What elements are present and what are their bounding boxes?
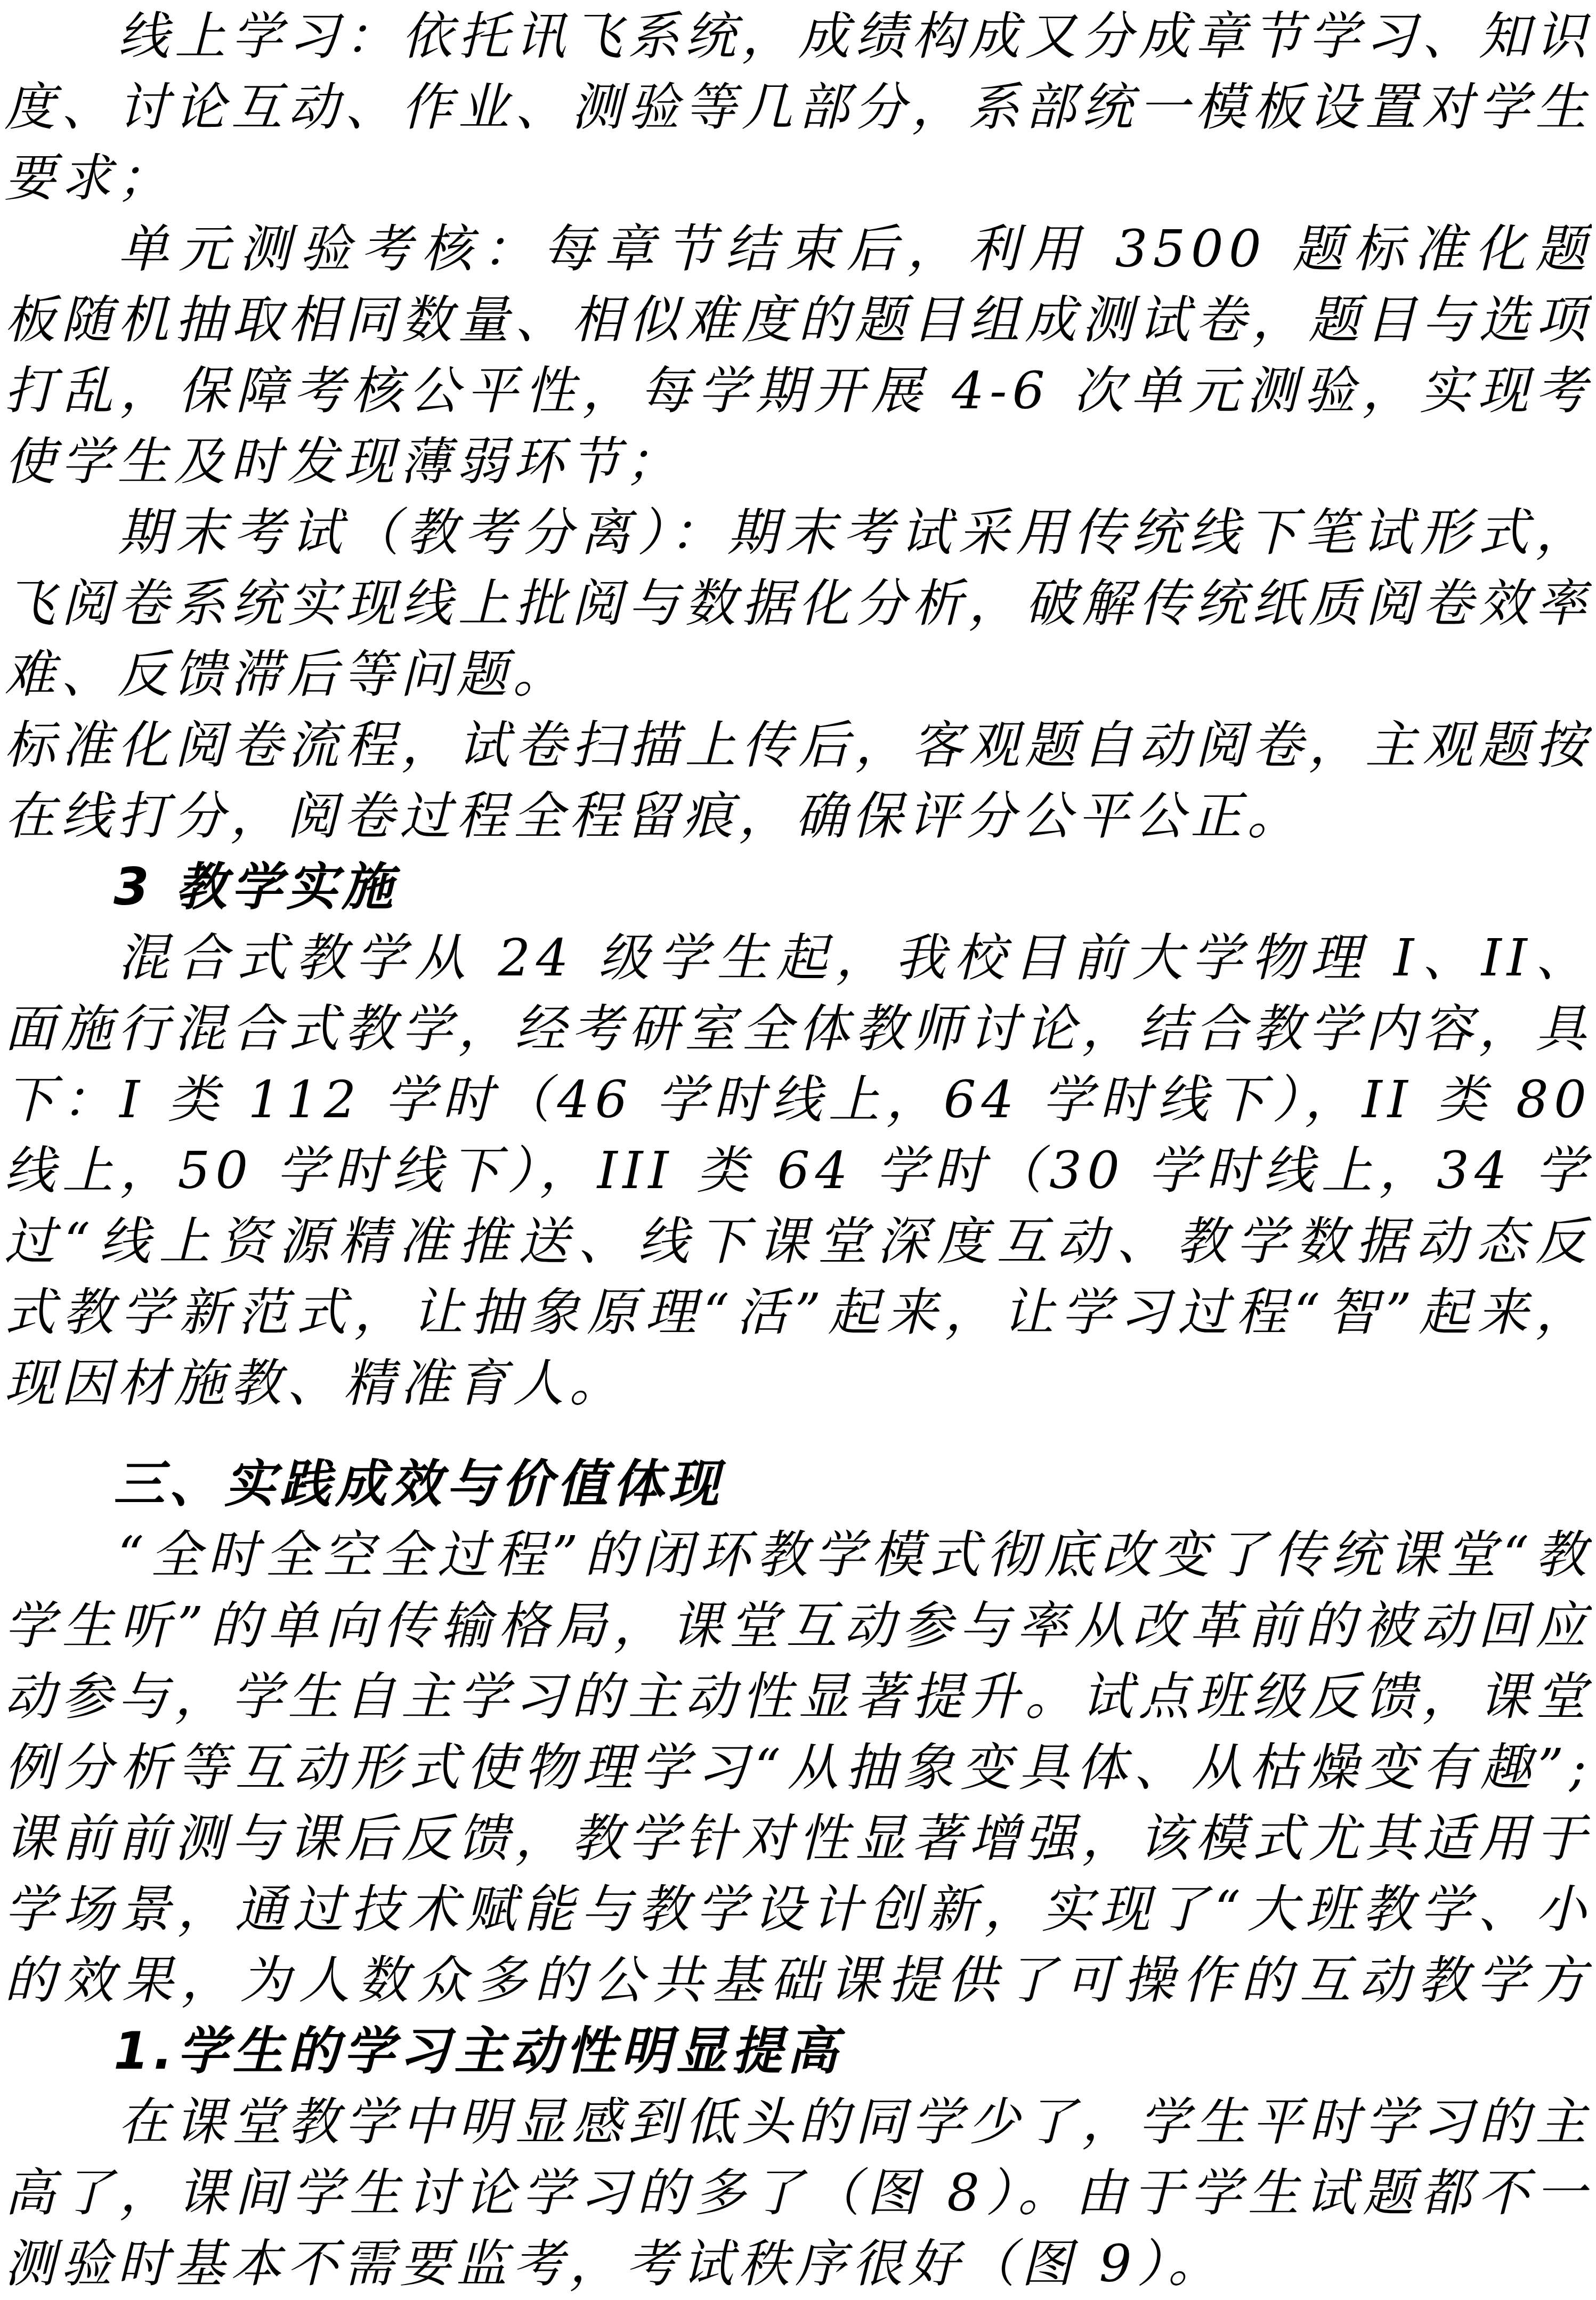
text-line: 打乱，保障考核公平性，每学期开展 4-6 次单元测验，实现考试常态化， (4, 356, 1592, 426)
text-line: 现因材施教、精准育人。 (4, 1348, 1592, 1419)
text-line: 学场景，通过技术赋能与教学设计创新，实现了“大班教学、小班体验” (4, 1874, 1592, 1945)
text-line: 度、讨论互动、作业、测验等几部分，系部统一模板设置对学生各部分的 (4, 72, 1592, 143)
text-line: 学生听”的单向传输格局，课堂互动参与率从改革前的被动回应转变为主 (4, 1591, 1592, 1661)
text-line: 的效果，为人数众多的公共基础课提供了可操作的互动教学方案。 (4, 1945, 1592, 2016)
document-page: 线上学习：依托讯飞系统，成绩构成又分成章节学习、知识点掌握程度、讨论互动、作业、… (0, 0, 1596, 2300)
text-line: 飞阅卷系统实现线上批阅与数据化分析，破解传统纸质阅卷效率低、统计 (4, 568, 1592, 639)
text-line: 测验时基本不需要监考，考试秩序很好（图 9）。 (4, 2229, 1592, 2299)
text-line: 线上，50 学时线下），III 类 64 学时（30 学时线上，34 学时线下）… (4, 1135, 1592, 1206)
text-line: 难、反馈滞后等问题。 (4, 639, 1592, 710)
text-line: 课前前测与课后反馈，教学针对性显著增强，该模式尤其适用于大班化教 (4, 1803, 1592, 1874)
text-line: 要求； (4, 143, 1592, 214)
text-line: 在线打分，阅卷过程全程留痕，确保评分公平公正。 (4, 781, 1592, 852)
text-line: 在课堂教学中明显感到低头的同学少了，学生平时学习的主动性提 (4, 2087, 1592, 2158)
text-line: 过“线上资源精准推送、线下课堂深度互动、教学数据动态反馈”的混合 (4, 1206, 1592, 1277)
section-heading: 1.学生的学习主动性明显提高 (4, 2016, 1592, 2087)
text-line: 标准化阅卷流程，试卷扫描上传后，客观题自动阅卷，主观题按评分细则 (4, 710, 1592, 781)
text-line: 线上学习：依托讯飞系统，成绩构成又分成章节学习、知识点掌握程 (4, 1, 1592, 72)
text-line: 板随机抽取相同数量、相似难度的题目组成测试卷，题目与选项顺序随机 (4, 285, 1592, 356)
text-line: 单元测验考核：每章节结束后，利用 3500 题标准化题库，按统一模 (4, 214, 1592, 285)
text-line: 式教学新范式，让抽象原理“活”起来，让学习过程“智”起来，真正实 (4, 1277, 1592, 1348)
text-line: 高了，课间学生讨论学习的多了（图 8）。由于学生试题都不一样，单元 (4, 2158, 1592, 2229)
section-heading: 三、实践成效与价值体现 (4, 1449, 1592, 1520)
section-heading: 3 教学实施 (4, 852, 1592, 923)
text-line: 动参与，学生自主学习的主动性显著提升。试点班级反馈，课堂讨论、案 (4, 1661, 1592, 1732)
text-line: 使学生及时发现薄弱环节； (4, 426, 1592, 497)
text-line: “全时全空全过程”的闭环教学模式彻底改变了传统课堂“教师讲、 (4, 1520, 1592, 1591)
text-line: 面施行混合式教学，经考研室全体教师讨论，结合教学内容，具体安排如 (4, 994, 1592, 1064)
text-line: 例分析等互动形式使物理学习“从抽象变具体、从枯燥变有趣”;教师通过 (4, 1732, 1592, 1803)
text-line: 下：I 类 112 学时（46 学时线上，64 学时线下），II 类 80 学时… (4, 1064, 1592, 1135)
text-line: 混合式教学从 24 级学生起，我校目前大学物理 I、II、III 共 3 类全 (4, 923, 1592, 994)
text-line: 期末考试（教考分离）：期末考试采用传统线下笔试形式，但借助讯 (4, 497, 1592, 568)
